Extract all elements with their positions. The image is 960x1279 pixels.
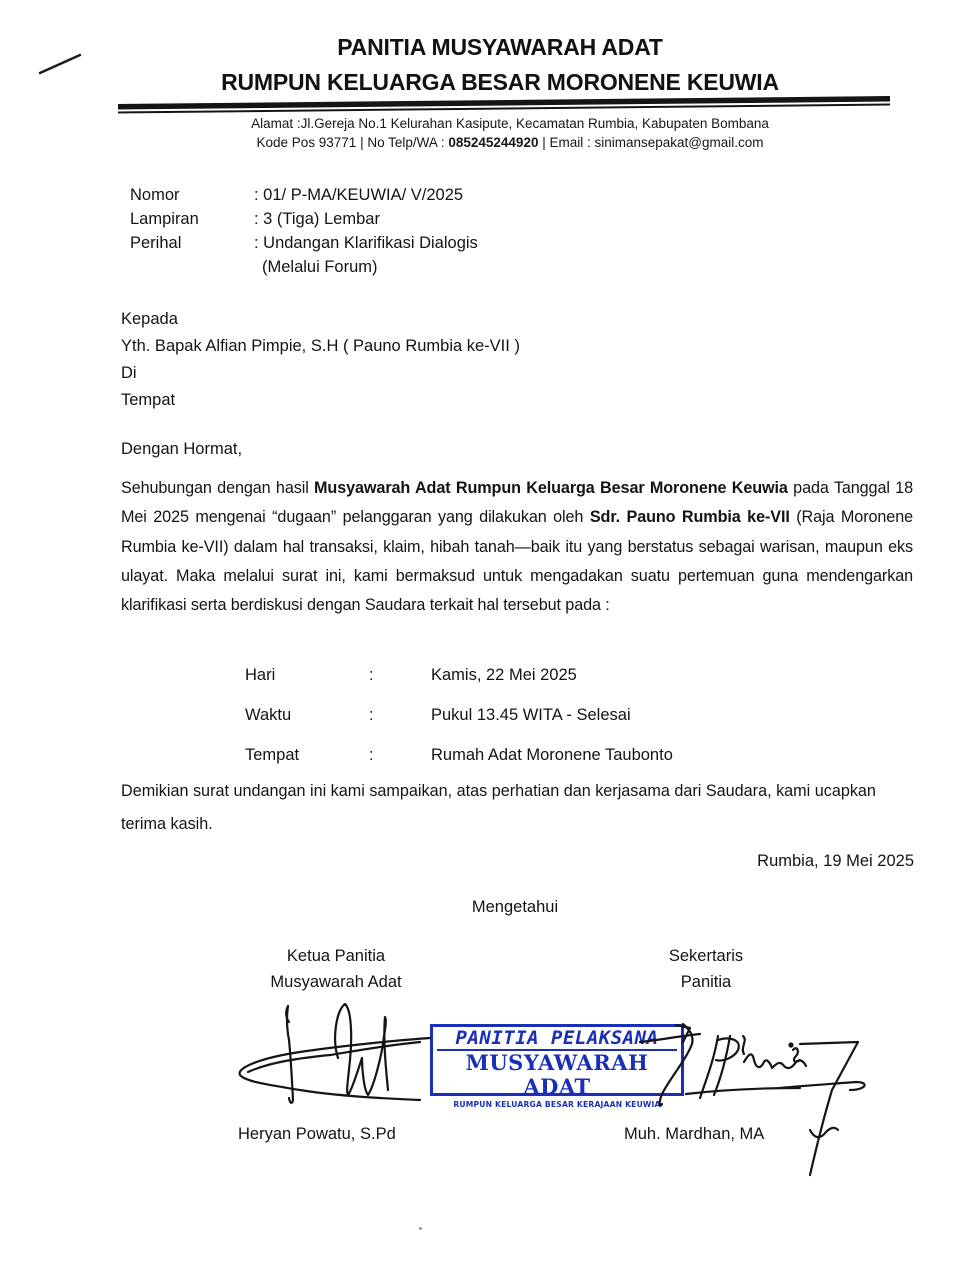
meta-value: : 3 (Tiga) Lembar <box>254 207 380 231</box>
signatory-title: Musyawarah Adat <box>236 969 436 995</box>
event-details: Hari : Kamis, 22 Mei 2025 Waktu : Pukul … <box>245 660 673 780</box>
signatory-left-title: Ketua Panitia Musyawarah Adat <box>236 943 436 995</box>
signatory-right-name: Muh. Mardhan, MA <box>624 1125 764 1144</box>
body-bold-text: Sdr. Pauno Rumbia ke-VII <box>590 508 790 526</box>
meta-label <box>130 255 254 279</box>
recipient-line: Tempat <box>121 387 520 414</box>
meta-row-perihal: Perihal : Undangan Klarifikasi Dialogis <box>130 231 478 255</box>
acknowledged-label: Mengetahui <box>0 898 960 917</box>
recipient-block: Kepada Yth. Bapak Alfian Pimpie, S.H ( P… <box>121 306 520 414</box>
body-text: Sehubungan dengan hasil <box>121 479 314 497</box>
stamp-line3: RUMPUN KELUARGA BESAR KERAJAAN KEUWIA <box>433 1099 681 1111</box>
signatory-title: Sekertaris <box>606 943 806 969</box>
meta-label: Perihal <box>130 231 254 255</box>
signatory-left-name: Heryan Powatu, S.Pd <box>238 1125 396 1144</box>
meta-row-lampiran: Lampiran : 3 (Tiga) Lembar <box>130 207 478 231</box>
speck-mark <box>419 1227 422 1230</box>
event-label: Hari <box>245 660 369 700</box>
meta-value: : 01/ P-MA/KEUWIA/ V/2025 <box>254 183 463 207</box>
postal-code: Kode Pos 93771 | No Telp/WA : <box>256 135 448 150</box>
signatory-title: Ketua Panitia <box>236 943 436 969</box>
letterhead-double-rule <box>118 92 890 116</box>
stamp-line2: MUSYAWARAH ADAT <box>433 1051 681 1099</box>
letterhead-address: Alamat :Jl.Gereja No.1 Kelurahan Kasiput… <box>120 116 900 131</box>
event-label: Waktu <box>245 700 369 740</box>
event-colon: : <box>369 700 431 740</box>
official-stamp: PANITIA PELAKSANA MUSYAWARAH ADAT RUMPUN… <box>430 1024 684 1096</box>
recipient-name: Yth. Bapak Alfian Pimpie, S.H ( Pauno Ru… <box>121 333 520 360</box>
place-date: Rumbia, 19 Mei 2025 <box>757 852 914 871</box>
meta-label: Nomor <box>130 183 254 207</box>
greeting: Dengan Hormat, <box>121 440 242 459</box>
body-bold-text: Musyawarah Adat Rumpun Keluarga Besar Mo… <box>314 479 788 497</box>
event-value: Kamis, 22 Mei 2025 <box>431 660 577 700</box>
letterhead-title-line1: PANITIA MUSYAWARAH ADAT <box>20 34 960 61</box>
meta-row-perihal-cont: (Melalui Forum) <box>130 255 478 279</box>
event-row-time: Waktu : Pukul 13.45 WITA - Selesai <box>245 700 673 740</box>
recipient-line: Di <box>121 360 520 387</box>
recipient-line: Kepada <box>121 306 520 333</box>
email: | Email : sinimansepakat@gmail.com <box>538 135 763 150</box>
letterhead-contact: Kode Pos 93771 | No Telp/WA : 0852452449… <box>120 135 900 150</box>
meta-value: : Undangan Klarifikasi Dialogis <box>254 231 478 255</box>
meta-row-nomor: Nomor : 01/ P-MA/KEUWIA/ V/2025 <box>130 183 478 207</box>
signatory-title: Panitia <box>606 969 806 995</box>
event-label: Tempat <box>245 740 369 780</box>
event-colon: : <box>369 740 431 780</box>
event-colon: : <box>369 660 431 700</box>
event-row-day: Hari : Kamis, 22 Mei 2025 <box>245 660 673 700</box>
signatory-right-title: Sekertaris Panitia <box>606 943 806 995</box>
meta-label: Lampiran <box>130 207 254 231</box>
body-paragraph: Sehubungan dengan hasil Musyawarah Adat … <box>121 474 913 620</box>
event-value: Pukul 13.45 WITA - Selesai <box>431 700 631 740</box>
closing-paragraph: Demikian surat undangan ini kami sampaik… <box>121 775 916 841</box>
event-value: Rumah Adat Moronene Taubonto <box>431 740 673 780</box>
stamp-line1: PANITIA PELAKSANA <box>433 1028 681 1048</box>
event-row-place: Tempat : Rumah Adat Moronene Taubonto <box>245 740 673 780</box>
signature-left <box>240 1004 430 1103</box>
meta-value: (Melalui Forum) <box>254 255 378 279</box>
phone-number: 085245244920 <box>448 135 538 150</box>
letter-meta: Nomor : 01/ P-MA/KEUWIA/ V/2025 Lampiran… <box>130 183 478 279</box>
